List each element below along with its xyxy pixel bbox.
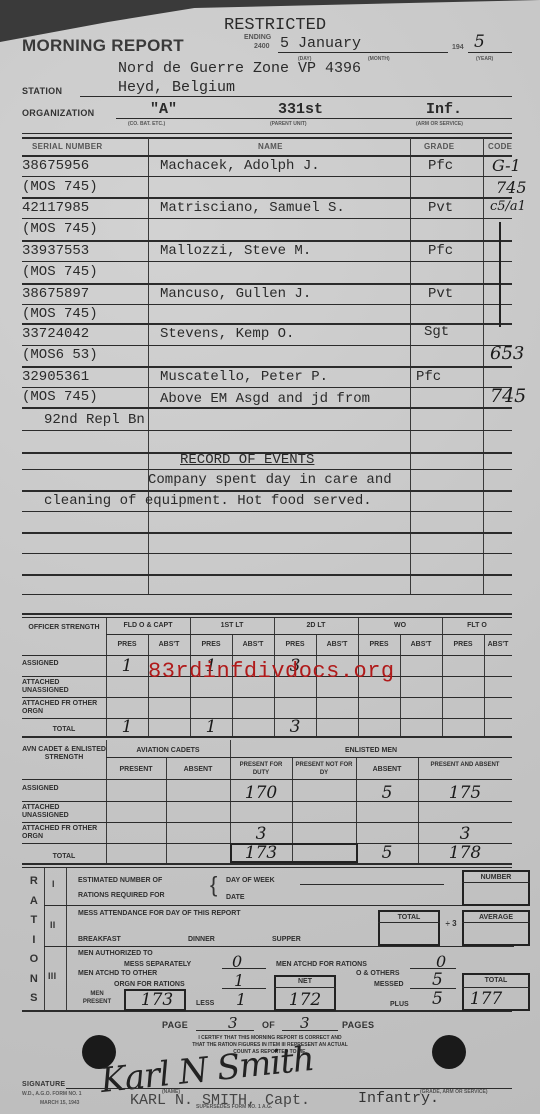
col-serial: SERIAL NUMBER: [32, 142, 102, 151]
date-label: DATE: [226, 894, 245, 902]
section-divider: [22, 613, 512, 615]
total-absent: 5: [356, 843, 418, 863]
station-underline: [80, 96, 512, 97]
row-line: [22, 655, 512, 656]
station-value: Heyd, Belgium: [118, 79, 235, 96]
col-absent: ABSENT: [356, 766, 418, 774]
form-number: W.D., A.G.O. FORM NO. 1: [22, 1091, 82, 1097]
col-divider: [316, 635, 317, 738]
events-line-2: cleaning of equipment. Hot food served.: [44, 493, 372, 509]
month-caption: (MONTH): [368, 56, 390, 62]
row-line: [22, 1010, 512, 1012]
row-line: [22, 430, 512, 431]
box-divider: [462, 922, 530, 923]
total-present-and-absent: 178: [418, 843, 512, 863]
events-line-1: Company spent day in care and: [148, 472, 392, 488]
value-underline: [222, 968, 266, 969]
ending-time-label: 2400: [254, 43, 270, 50]
group-1st-lt: 1ST LT: [190, 622, 274, 630]
section-ii: II: [50, 920, 56, 930]
mos: (MOS 745): [22, 264, 98, 280]
code: G-1: [492, 156, 521, 175]
rations-side-label: R A T I O N S: [28, 872, 40, 1009]
serial-number: 38675897: [22, 286, 89, 302]
transfer-note: Above EM Asgd and jd from: [160, 391, 370, 407]
breakfast-label: BREAKFAST: [78, 936, 121, 944]
col-grade: GRADE: [424, 142, 454, 151]
orgn-for-rations-label: ORGN FOR RATIONS: [114, 981, 185, 989]
side-letter: A: [28, 892, 40, 912]
row-line: [22, 779, 512, 780]
row-line: [22, 822, 512, 823]
rations-required-label: RATIONS REQUIRED FOR: [78, 892, 165, 900]
box-divider: [378, 922, 440, 923]
side-letter: T: [28, 911, 40, 931]
col-divider: [148, 635, 149, 738]
location-line: Nord de Guerre Zone VP 4396: [118, 60, 361, 77]
year-underline: [468, 52, 512, 53]
row-attached-unassigned: ATTACHED UNASSIGNED: [22, 679, 102, 695]
grade: Sgt: [424, 324, 449, 340]
grade: Pfc: [428, 158, 453, 174]
men-atchd-other-label: MEN ATCHD TO OTHER: [78, 970, 157, 978]
section-divider: [22, 617, 512, 618]
row-line: [22, 197, 512, 199]
mos: (MOS 745): [22, 389, 98, 405]
assigned-present-and-absent: 175: [418, 783, 512, 803]
group-wo: WO: [358, 622, 442, 630]
row-attached-other: ATTACHED FR OTHER ORGN: [22, 700, 102, 716]
estimated-label: ESTIMATED NUMBER OF: [78, 877, 162, 885]
sub-abst: ABS'T: [400, 641, 442, 649]
row-assigned: ASSIGNED: [22, 660, 82, 668]
group-enlisted-men: ENLISTED MEN: [230, 747, 512, 755]
sub-pres: PRES: [274, 641, 316, 649]
row-line: [106, 634, 512, 635]
row-attached-other: ATTACHED FR OTHER ORGN: [22, 825, 102, 841]
side-letter: O: [28, 950, 40, 970]
mos: (MOS 745): [22, 221, 98, 237]
average-label: AVERAGE: [462, 914, 530, 922]
col-divider: [442, 618, 443, 738]
date-underline: [278, 52, 448, 53]
grade: Pvt: [428, 286, 453, 302]
total-fld-pres: 1: [106, 717, 148, 737]
section-i: I: [52, 879, 55, 889]
company-value: "A": [150, 101, 177, 118]
side-letter: S: [28, 989, 40, 1009]
row-line: [22, 553, 512, 554]
col-code: CODE: [488, 142, 512, 151]
signature-label: SIGNATURE: [22, 1081, 65, 1088]
code-mos: 745: [490, 385, 526, 407]
net-label: NET: [274, 978, 336, 986]
row-line: [106, 757, 512, 758]
mos: (MOS 745): [22, 306, 98, 322]
form-date: MARCH 15, 1943: [40, 1100, 79, 1106]
row-line: [22, 490, 512, 492]
col-present-not-for-duty: PRESENT NOT FOR DY: [294, 761, 354, 777]
soldier-name: Mallozzi, Steve M.: [160, 243, 311, 259]
events-heading: RECORD OF EVENTS: [180, 452, 314, 468]
col-divider: [232, 635, 233, 738]
group-2d-lt: 2D LT: [274, 622, 358, 630]
divider: [22, 133, 512, 134]
serial-number: 32905361: [22, 369, 89, 385]
row-attached-unassigned: ATTACHED UNASSIGNED: [22, 804, 102, 820]
watermark: 83rdinfdivdocs.org: [148, 659, 395, 684]
total-1stlt-pres: 1: [190, 717, 232, 737]
year-prefix: 194: [452, 44, 464, 51]
code-mos: 745: [496, 178, 527, 197]
serial-number: 42117985: [22, 200, 89, 216]
serial-number: 33937553: [22, 243, 89, 259]
col-divider: [106, 740, 107, 865]
total-2dlt-pres: 3: [274, 717, 316, 737]
soldier-name: Matrisciano, Samuel S.: [160, 200, 345, 216]
sub-pres: PRES: [358, 641, 400, 649]
row-total: TOTAL: [22, 853, 106, 861]
row-line: [22, 511, 512, 512]
day-of-week-label: DAY OF WEEK: [226, 877, 275, 885]
sub-abst: ABS'T: [148, 641, 190, 649]
rations-total-label: TOTAL: [462, 977, 530, 985]
organization-underline: [116, 118, 512, 119]
row-line: [22, 345, 512, 346]
grade: Pvt: [428, 200, 453, 216]
col-present-for-duty: PRESENT FOR DUTY: [232, 761, 290, 777]
mess-separately-label: MESS SEPARATELY: [124, 961, 191, 969]
col-divider: [166, 758, 167, 865]
code-mos: 653: [490, 343, 524, 364]
soldier-name: Machacek, Adolph J.: [160, 158, 320, 174]
pages-label: PAGES: [342, 1020, 374, 1030]
row-total: TOTAL: [22, 726, 106, 734]
handwritten-bracket: [499, 222, 501, 327]
officer-strength-title: OFFICER STRENGTH: [22, 624, 106, 632]
restricted-stamp: RESTRICTED: [224, 16, 326, 35]
report-year: 5: [474, 32, 485, 52]
sub-pres: PRES: [442, 641, 484, 649]
side-letter: N: [28, 970, 40, 990]
sub-abst: ABS'T: [484, 641, 512, 649]
divider: [22, 137, 512, 139]
row-assigned: ASSIGNED: [22, 785, 82, 793]
grade: Pfc: [416, 369, 441, 385]
box-divider: [274, 987, 336, 988]
col-cadet-absent: ABSENT: [166, 766, 230, 774]
assigned-present-for-duty: 170: [230, 783, 292, 803]
box-divider: [462, 987, 530, 988]
morning-report-document: RESTRICTED MORNING REPORT ENDING 2400 5 …: [0, 0, 540, 1114]
organization-label: ORGANIZATION: [22, 108, 94, 118]
less-value: 1: [236, 990, 246, 1009]
pages-underline: [282, 1030, 338, 1031]
grade: Pfc: [428, 243, 453, 259]
total-present-for-duty: 173: [230, 843, 292, 863]
soldier-name: Muscatello, Peter P.: [160, 369, 328, 385]
sub-abst: ABS'T: [316, 641, 358, 649]
row-line: [22, 218, 512, 219]
row-line: [22, 863, 512, 865]
row-line: [22, 387, 512, 388]
attached-present-for-duty: 3: [230, 824, 292, 844]
col-divider: [484, 635, 485, 738]
plus-value: 5: [432, 989, 443, 1009]
col-name: NAME: [258, 142, 283, 151]
enlisted-strength-title: AVN CADET & ENLISTED STRENGTH: [22, 746, 106, 762]
sub-abst: ABS'T: [232, 641, 274, 649]
transfer-note-cont: 92nd Repl Bn: [44, 412, 145, 428]
row-line: [22, 304, 512, 305]
side-letter: R: [28, 872, 40, 892]
serial-number: 33724042: [22, 326, 89, 342]
row-line: [22, 697, 512, 698]
parent-caption: (PARENT UNIT): [270, 121, 307, 127]
col-cadet-present: PRESENT: [106, 766, 166, 774]
code: c5/a1: [490, 199, 526, 214]
year-caption: (YEAR): [476, 56, 493, 62]
grade-caption: (GRADE, ARM OR SERVICE): [420, 1089, 488, 1095]
assigned-absent: 5: [356, 783, 418, 803]
row-line: [44, 905, 514, 906]
box-divider: [462, 882, 530, 883]
soldier-name: Mancuso, Gullen J.: [160, 286, 311, 302]
col-divider: [44, 868, 45, 1010]
row-line: [22, 532, 512, 534]
row-line: [44, 946, 514, 947]
rations-total-value: 177: [462, 989, 510, 1009]
arm-value: Inf.: [426, 101, 462, 118]
plus-label: PLUS: [390, 1001, 409, 1009]
supersedes-note: SUPERSEDES FORM NO. 1 A.G.: [196, 1104, 272, 1110]
mos: (MOS 745): [22, 179, 98, 195]
mos: (MOS6 53): [22, 347, 98, 363]
row-line: [22, 176, 512, 177]
o-others-label: O & OTHERS: [356, 970, 400, 978]
o-others-value: 5: [432, 970, 443, 990]
value-underline: [222, 988, 266, 989]
brace: {: [210, 872, 217, 898]
form-title: MORNING REPORT: [22, 36, 184, 56]
station-label: STATION: [22, 86, 62, 96]
serial-number: 38675956: [22, 158, 89, 174]
of-label: OF: [262, 1020, 275, 1030]
row-line: [22, 736, 512, 738]
row-line: [22, 155, 512, 157]
company-caption: (CO. BAT. ETC.): [128, 121, 165, 127]
page-label: PAGE: [162, 1020, 188, 1030]
net-value: 172: [274, 990, 336, 1010]
arm-caption: (ARM OR SERVICE): [416, 121, 463, 127]
number-label: NUMBER: [462, 874, 530, 882]
mess-attendance-label: MESS ATTENDANCE FOR DAY OF THIS REPORT: [78, 910, 241, 918]
parent-unit-value: 331st: [278, 101, 323, 118]
row-line: [22, 718, 512, 719]
row-line: [22, 240, 512, 242]
col-divider: [66, 868, 67, 1010]
section-iii: III: [48, 971, 56, 981]
page-underline: [196, 1030, 254, 1031]
value-underline: [410, 968, 456, 969]
row-line: [22, 469, 512, 470]
group-fld-capt: FLD O & CAPT: [106, 622, 190, 630]
supper-label: SUPPER: [272, 936, 301, 944]
men-authorized-label: MEN AUTHORIZED TO: [78, 950, 153, 958]
row-line: [22, 261, 512, 262]
men-atchd-rations-label: MEN ATCHD FOR RATIONS: [276, 961, 367, 969]
row-line: [22, 366, 512, 368]
messed-label: MESSED: [374, 981, 404, 989]
sub-pres: PRES: [106, 641, 148, 649]
report-date: 5 January: [280, 35, 361, 52]
col-divider: [400, 635, 401, 738]
ending-label: ENDING: [244, 34, 271, 41]
mess-total-label: TOTAL: [378, 914, 440, 922]
dinner-label: DINNER: [188, 936, 215, 944]
men-present-value: 173: [128, 990, 186, 1010]
section-divider: [22, 867, 512, 868]
sub-pres: PRES: [190, 641, 232, 649]
day-of-week-line: [300, 884, 444, 885]
attached-present-and-absent: 3: [418, 824, 512, 844]
side-letter: I: [28, 931, 40, 951]
group-aviation-cadets: AVIATION CADETS: [106, 747, 230, 755]
punch-hole-right: [432, 1035, 466, 1069]
soldier-name: Stevens, Kemp O.: [160, 326, 294, 342]
less-label: LESS: [196, 1000, 214, 1008]
col-present-and-absent: PRESENT AND ABSENT: [420, 761, 510, 769]
row-line: [22, 574, 512, 576]
assigned-fld-pres: 1: [106, 656, 148, 676]
divide-by-3: ÷ 3: [442, 920, 460, 928]
men-present-label: MEN PRESENT: [80, 990, 114, 1006]
row-line: [22, 407, 512, 409]
row-line: [22, 283, 512, 285]
group-flt-o: FLT O: [442, 622, 512, 630]
row-line: [22, 594, 512, 595]
